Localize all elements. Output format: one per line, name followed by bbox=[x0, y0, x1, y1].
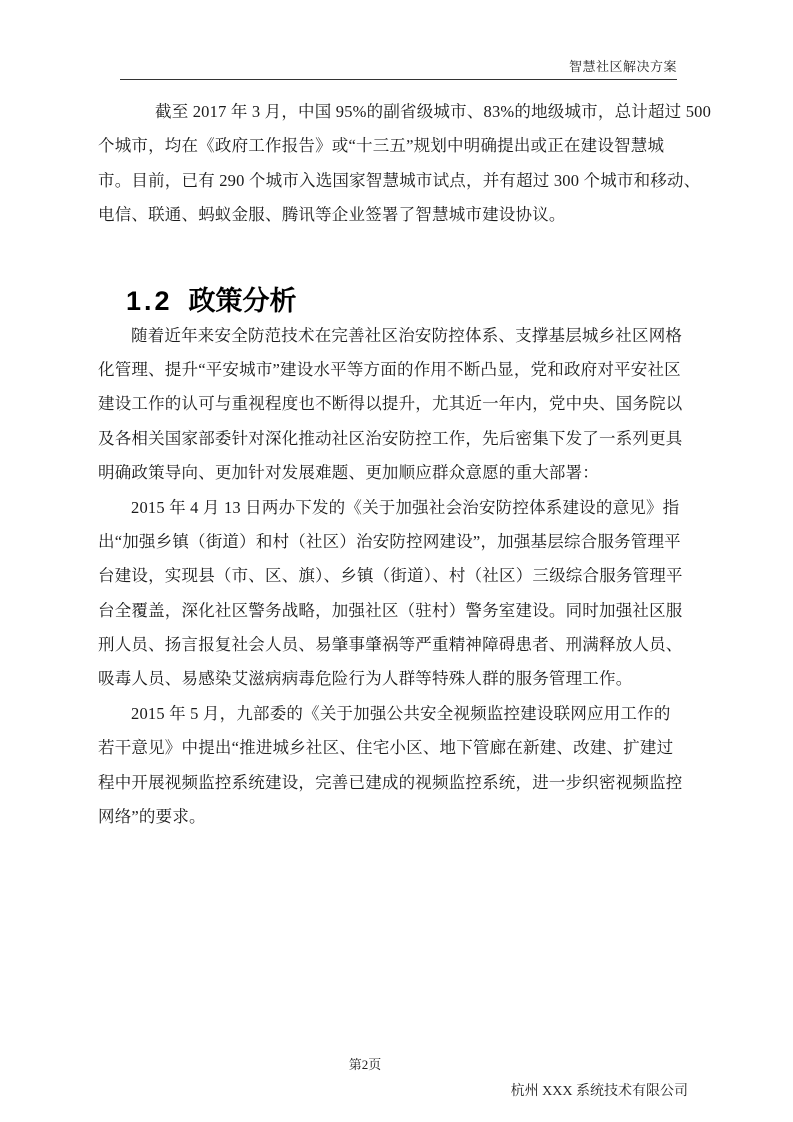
page-header-title: 智慧社区解决方案 bbox=[569, 59, 677, 74]
paragraph-policy-2015-april: 2015 年 4 月 13 日两办下发的《关于加强社会治安防控体系建设的意见》指… bbox=[98, 491, 688, 697]
body-text-line: 2015 年 4 月 13 日两办下发的《关于加强社会治安防控体系建设的意见》指 bbox=[98, 491, 688, 525]
body-text-line: 台全覆盖，深化社区警务战略，加强社区（驻村）警务室建设。同时加强社区服 bbox=[98, 594, 688, 628]
document-page: 智慧社区解决方案 截至 2017 年 3 月，中国 95%的副省级城市、83%的… bbox=[0, 0, 793, 1122]
body-text-line: 随着近年来安全防范技术在完善社区治安防控体系、支撑基层城乡社区网格 bbox=[98, 319, 688, 353]
body-text-line: 截至 2017 年 3 月，中国 95%的副省级城市、83%的地级城市，总计超过… bbox=[98, 95, 688, 129]
body-text-line: 电信、联通、蚂蚁金服、腾讯等企业签署了智慧城市建设协议。 bbox=[98, 198, 688, 232]
body-text-line: 2015 年 5 月，九部委的《关于加强公共安全视频监控建设联网应用工作的 bbox=[98, 697, 688, 731]
body-text-line: 若干意见》中提出“推进城乡社区、住宅小区、地下管廊在新建、改建、扩建过 bbox=[98, 731, 688, 765]
body-text-line: 明确政策导向、更加针对发展难题、更加顺应群众意愿的重大部署： bbox=[98, 456, 688, 490]
page-number: 第2页 bbox=[0, 1056, 730, 1074]
body-text-line: 网络”的要求。 bbox=[98, 800, 688, 834]
section-heading: 1.2政策分析 bbox=[98, 283, 688, 319]
body-text-line: 及各相关国家部委针对深化推动社区治安防控工作，先后密集下发了一系列更具 bbox=[98, 422, 688, 456]
paragraph-city-statistics: 截至 2017 年 3 月，中国 95%的副省级城市、83%的地级城市，总计超过… bbox=[98, 95, 688, 233]
body-text-line: 市。目前，已有 290 个城市入选国家智慧城市试点，并有超过 300 个城市和移… bbox=[98, 164, 688, 198]
body-text-line: 化管理、提升“平安城市”建设水平等方面的作用不断凸显，党和政府对平安社区 bbox=[98, 353, 688, 387]
body-text-line: 建设工作的认可与重视程度也不断得以提升，尤其近一年内，党中央、国务院以 bbox=[98, 387, 688, 421]
body-text-line: 出“加强乡镇（街道）和村（社区）治安防控网建设”，加强基层综合服务管理平 bbox=[98, 525, 688, 559]
body-text-line: 台建设，实现县（市、区、旗）、乡镇（街道）、村（社区）三级综合服务管理平 bbox=[98, 559, 688, 593]
body-text-line: 吸毒人员、易感染艾滋病病毒危险行为人群等特殊人群的服务管理工作。 bbox=[98, 662, 688, 696]
body-text-line: 个城市，均在《政府工作报告》或“十三五”规划中明确提出或正在建设智慧城 bbox=[98, 129, 688, 163]
section-number: 1.2 bbox=[126, 286, 173, 316]
paragraph-policy-overview: 随着近年来安全防范技术在完善社区治安防控体系、支撑基层城乡社区网格 化管理、提升… bbox=[98, 319, 688, 491]
section-title: 政策分析 bbox=[189, 286, 297, 316]
page-header: 智慧社区解决方案 bbox=[120, 55, 677, 80]
paragraph-policy-2015-may: 2015 年 5 月，九部委的《关于加强公共安全视频监控建设联网应用工作的 若干… bbox=[98, 697, 688, 835]
document-body: 截至 2017 年 3 月，中国 95%的副省级城市、83%的地级城市，总计超过… bbox=[98, 95, 688, 834]
body-text-line: 程中开展视频监控系统建设，完善已建成的视频监控系统，进一步织密视频监控 bbox=[98, 766, 688, 800]
body-text-line: 刑人员、扬言报复社会人员、易肇事肇祸等严重精神障碍患者、刑满释放人员、 bbox=[98, 628, 688, 662]
company-name: 杭州 XXX 系统技术有限公司 bbox=[98, 1082, 688, 1102]
